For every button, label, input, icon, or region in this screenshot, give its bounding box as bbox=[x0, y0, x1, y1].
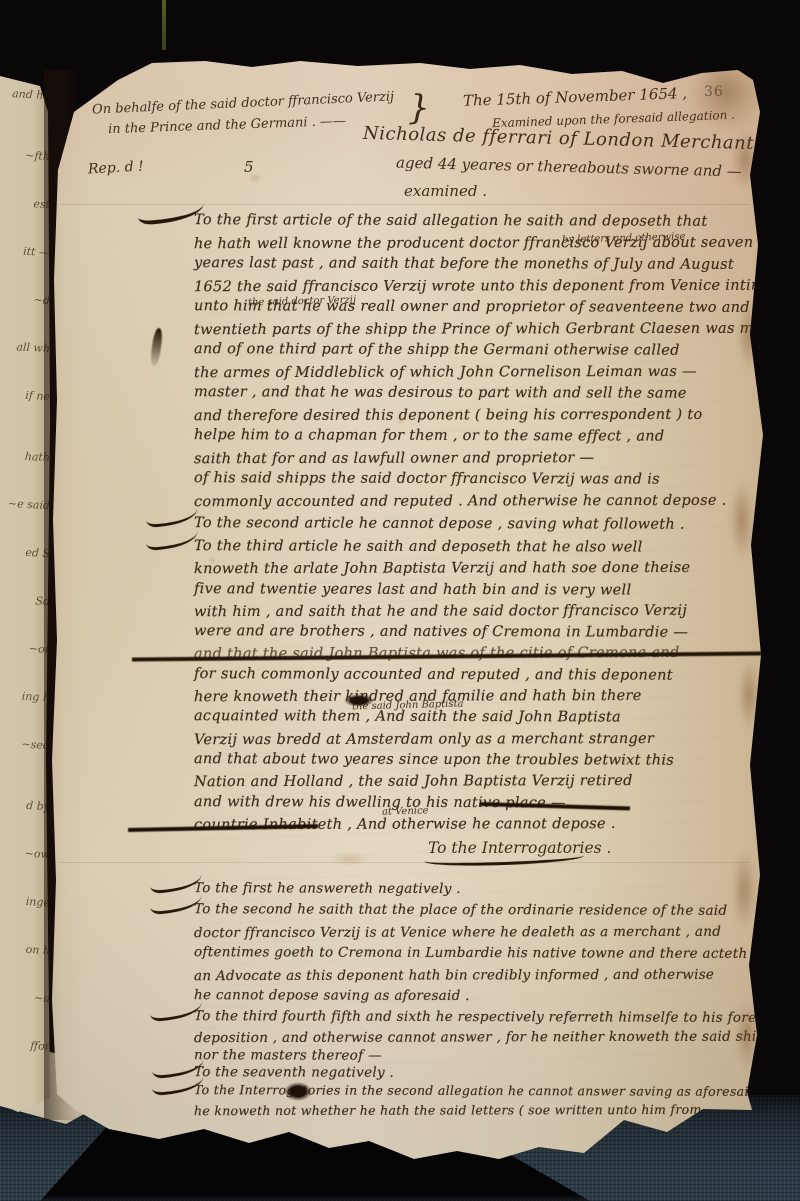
paragraph-mark bbox=[146, 508, 199, 528]
interlineation: at Venice bbox=[382, 805, 429, 817]
article2-paragraph: To the second article he cannot depose ,… bbox=[194, 514, 760, 536]
margin-note-line2: in the Prince and the Germani . —— bbox=[108, 114, 346, 137]
margin-abbreviation: Rep. d ! bbox=[88, 159, 144, 178]
smudge-stain bbox=[330, 852, 370, 866]
margin-number: 5 bbox=[244, 158, 254, 176]
manuscript-line: were and are brothers , and natives of C… bbox=[194, 621, 760, 644]
manuscript-line: deposition , and otherwise cannot answer… bbox=[194, 1027, 760, 1048]
manuscript-line: Verzij was bredd at Amsterdam only as a … bbox=[194, 728, 760, 751]
manuscript-line: five and twentie yeares last and hath bi… bbox=[194, 579, 760, 602]
manuscript-line: here knoweth their kindred and familie a… bbox=[194, 686, 760, 709]
ink-offset-smudge bbox=[638, 56, 754, 70]
manuscript-line: the armes of Middleblick of which John C… bbox=[194, 361, 760, 384]
interrogatory2-paragraph: To the second he saith that the place of… bbox=[194, 900, 760, 1008]
article3-paragraph: To the third article he saith and depose… bbox=[194, 537, 760, 835]
manuscript-line: twentieth parts of the shipp the Prince … bbox=[194, 318, 760, 341]
manuscript-page: 36 On behalfe of the said doctor ffranci… bbox=[0, 0, 800, 1201]
manuscript-line: Nation and Holland , the said John Bapti… bbox=[194, 771, 760, 794]
deponent-name-line: Nicholas de fferrari of London Merchant bbox=[363, 123, 754, 154]
interrogatory3-paragraph: To the third fourth fifth and sixth he r… bbox=[194, 1008, 760, 1067]
manuscript-line: he cannot depose saving as aforesaid . bbox=[194, 985, 760, 1008]
manuscript-line: To the second he saith that the place of… bbox=[194, 899, 760, 922]
manuscript-line: and therefore desired this deponent ( be… bbox=[194, 404, 760, 427]
manuscript-line: commonly accounted and reputed . And oth… bbox=[194, 490, 760, 513]
margin-brace: } bbox=[408, 88, 430, 128]
manuscript-line: oftentimes goeth to Cremona in Lumbardie… bbox=[194, 942, 760, 965]
manuscript-line: To the first he answereth negatively . bbox=[194, 878, 760, 901]
manuscript-line: helpe him to a chapman for them , or to … bbox=[194, 425, 760, 448]
manuscript-line: yeares last past , and saith that before… bbox=[194, 253, 760, 276]
manuscript-line: and with drew his dwelling to his native… bbox=[194, 792, 760, 815]
date-line: The 15th of November 1654 , bbox=[463, 84, 688, 110]
manuscript-line: and that about two yeares since upon the… bbox=[194, 749, 760, 772]
paragraph-mark bbox=[146, 531, 199, 551]
folio-number: 36 bbox=[704, 84, 724, 100]
manuscript-line: saith that for and as lawfull owner and … bbox=[194, 447, 760, 470]
manuscript-line: 1652 the said ffrancisco Verzij wrote un… bbox=[194, 275, 760, 298]
manuscript-line: To the third fourth fifth and sixth he r… bbox=[194, 1007, 760, 1028]
paper-crease bbox=[60, 204, 750, 205]
manuscript-line: To the first article of the said allegat… bbox=[194, 210, 760, 233]
manuscript-line: master , and that he was desirous to par… bbox=[194, 382, 760, 405]
interrogatory1-paragraph: To the first he answereth negatively . bbox=[194, 879, 760, 901]
interrogatory5-paragraph: To the Interrogatories in the second all… bbox=[194, 1081, 780, 1119]
manuscript-line: To the third article he saith and depose… bbox=[194, 536, 760, 559]
manuscript-photo: and ha~fthestitt —~dall whif nehath~e sa… bbox=[0, 0, 800, 1201]
manuscript-line: knoweth the arlate John Baptista Verzij … bbox=[194, 558, 760, 581]
manuscript-line: of his said shipps the said doctor ffran… bbox=[194, 468, 760, 491]
manuscript-line: and of one third part of the shipp the G… bbox=[194, 339, 760, 362]
manuscript-line: countrie Inhabiteth , And otherwise he c… bbox=[194, 814, 760, 837]
interrogatories-heading: To the Interrogatories . bbox=[428, 839, 611, 857]
manuscript-line: for such commonly accounted and reputed … bbox=[194, 664, 760, 687]
ink-smear bbox=[149, 328, 163, 367]
deponent-age-line: aged 44 yeares or thereabouts sworne and… bbox=[396, 153, 742, 180]
manuscript-line: and that the said John Baptista was of t… bbox=[194, 643, 760, 666]
binding-thread bbox=[162, 0, 166, 50]
manuscript-line: an Advocate as this deponent hath bin cr… bbox=[194, 964, 760, 987]
manuscript-line: To the second article he cannot depose ,… bbox=[194, 513, 760, 536]
deponent-examined-line: examined . bbox=[404, 182, 487, 200]
manuscript-line: acquainted with them , And saith the sai… bbox=[194, 706, 760, 729]
paper-crease bbox=[60, 862, 750, 863]
article1-paragraph: To the first article of the said allegat… bbox=[194, 211, 760, 512]
manuscript-line: To the Interrogatories in the second all… bbox=[194, 1080, 780, 1101]
manuscript-line: doctor ffrancisco Verzij is at Venice wh… bbox=[194, 921, 760, 944]
margin-note-line1: On behalfe of the said doctor ffrancisco… bbox=[92, 89, 395, 117]
manuscript-line: with him , and saith that he and the sai… bbox=[194, 601, 760, 624]
